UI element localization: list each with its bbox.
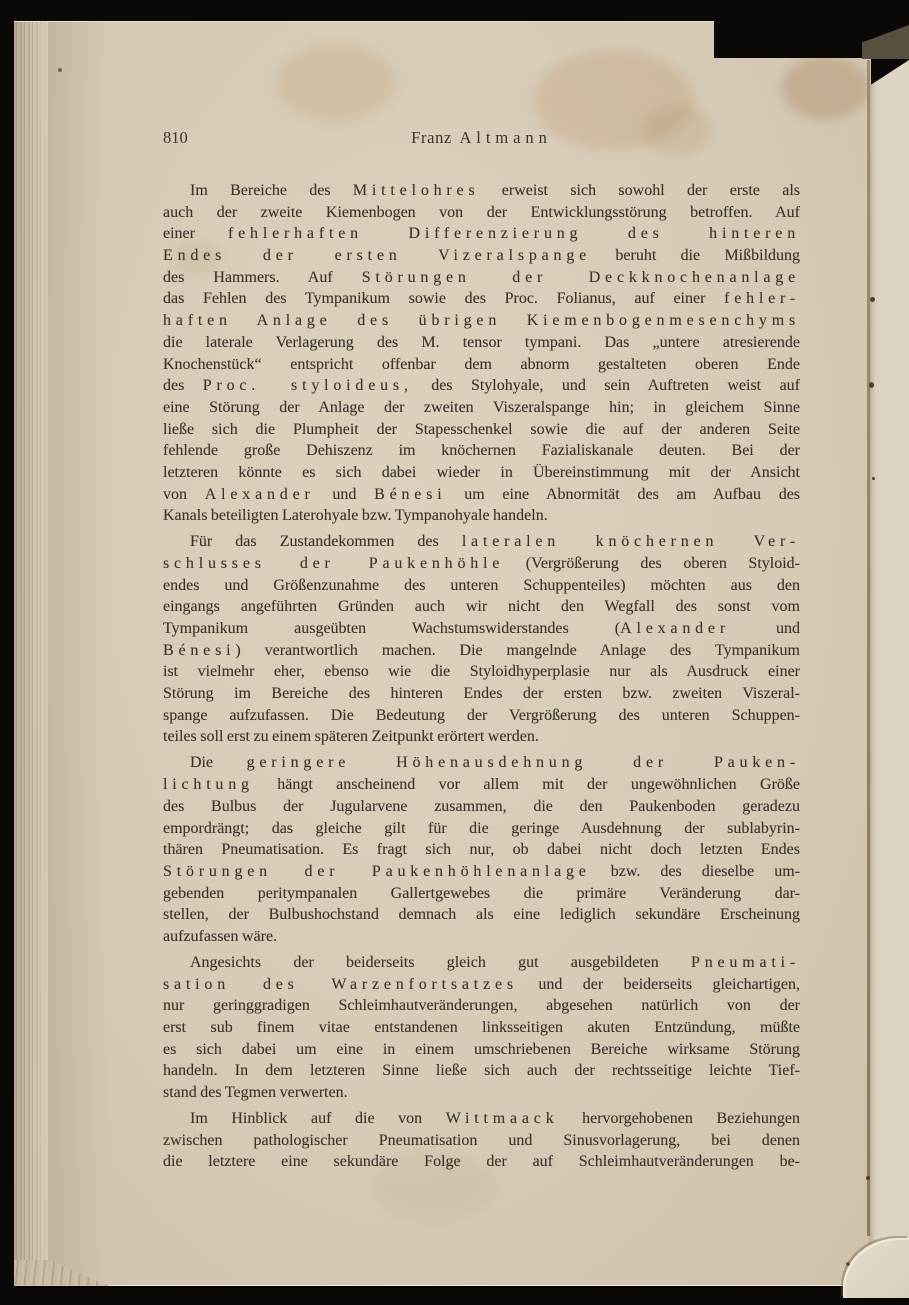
paragraph: Die geringere Höhenausdehnung der Pauken…: [163, 752, 800, 947]
text-line: Bénesi) verantwortlich machen. Die mange…: [163, 640, 800, 662]
text-line: Im Bereiche des Mittelohres erweist sich…: [163, 180, 800, 202]
letterspaced-emphasis: Mittelohres: [353, 182, 480, 199]
dirt-speck: [869, 382, 874, 388]
letterspaced-emphasis: lichtung: [163, 776, 254, 793]
text-block: Im Bereiche des Mittelohres erweist sich…: [163, 180, 800, 1177]
letterspaced-emphasis: Bénesi: [163, 642, 235, 659]
running-head: FranzAltmann: [163, 128, 800, 148]
letterspaced-emphasis: fehlerhaften Differenzierung des hintere…: [228, 225, 800, 242]
text-line: stand des Tegmen verwerten.: [163, 1082, 800, 1104]
text-line: ließe sich die Plumpheit der Stapesschen…: [163, 419, 800, 441]
text-line: die letztere eine sekundäre Folge der au…: [163, 1151, 800, 1173]
letterspaced-emphasis: Pneumati-: [691, 954, 800, 971]
page-crease: [867, 60, 870, 1236]
running-head-last-name: Altmann: [459, 128, 551, 147]
letterspaced-emphasis: Alexander: [205, 486, 315, 503]
text-line: gebenden peritympanalen Gallertgewebes d…: [163, 883, 800, 905]
text-line: des Bulbus der Jugularvene zusammen, die…: [163, 796, 800, 818]
text-line: eine Störung der Anlage der zweiten Visz…: [163, 397, 800, 419]
dirt-speck: [846, 1262, 850, 1266]
text-line: Für das Zustandekommen des lateralen knö…: [163, 531, 800, 553]
text-line: eingangs angeführten Gründen auch wir ni…: [163, 596, 800, 618]
text-line: es sich dabei um eine in einem umschrieb…: [163, 1039, 800, 1061]
text-line: fehlende große Dehiszenz im knöchernen F…: [163, 440, 800, 462]
text-line: Knochenstück“ entspricht offenbar dem ab…: [163, 354, 800, 376]
book-scan: 810 FranzAltmann Im Bereiche des Mittelo…: [0, 0, 909, 1305]
text-line: einer fehlerhaften Differenzierung des h…: [163, 223, 800, 245]
letterspaced-emphasis: sation des Warzenfortsatzes: [163, 976, 518, 993]
letterspaced-emphasis: schlusses der Paukenhöhle: [163, 555, 504, 572]
text-line: Tympanikum ausgeübten Wachstumswiderstan…: [163, 618, 800, 640]
text-line: nur geringgradigen Schleimhautveränderun…: [163, 995, 800, 1017]
text-line: des Proc. styloideus, des Stylohyale, un…: [163, 375, 800, 397]
foxing-stain: [276, 44, 396, 122]
letterspaced-emphasis: Endes der ersten Vizeralspange: [163, 247, 591, 264]
letterspaced-emphasis: Alexander: [620, 620, 730, 637]
gutter-shadow: [48, 22, 108, 1285]
letterspaced-emphasis: haften Anlage des übrigen Kiemenbogenmes…: [163, 312, 800, 329]
text-line: letzteren könnte es sich dabei wieder in…: [163, 462, 800, 484]
dirt-speck: [866, 1176, 870, 1180]
paragraph: Für das Zustandekommen des lateralen knö…: [163, 531, 800, 748]
text-line: Die geringere Höhenausdehnung der Pauken…: [163, 752, 800, 774]
text-line: von Alexander und Bénesi um eine Abnormi…: [163, 484, 800, 506]
text-line: lichtung hängt anscheinend vor allem mit…: [163, 774, 800, 796]
text-line: stellen, der Bulbushochstand demnach als…: [163, 904, 800, 926]
letterspaced-emphasis: fehler-: [724, 290, 800, 307]
letterspaced-emphasis: Proc. styloideus,: [203, 377, 413, 394]
text-line: zwischen pathologischer Pneumatisation u…: [163, 1130, 800, 1152]
paragraph: Angesichts der beiderseits gleich gut au…: [163, 952, 800, 1104]
next-page-edge: [869, 58, 909, 1270]
text-line: die laterale Verlagerung des M. tensor t…: [163, 332, 800, 354]
dirt-speck: [58, 68, 62, 72]
text-line: endes und Größenzunahme des unteren Schu…: [163, 575, 800, 597]
text-line: aufzufassen wäre.: [163, 926, 800, 948]
dirt-speck: [870, 297, 875, 302]
paragraph: Im Bereiche des Mittelohres erweist sich…: [163, 180, 800, 527]
text-line: haften Anlage des übrigen Kiemenbogenmes…: [163, 310, 800, 332]
text-line: auch der zweite Kiemenbogen von der Entw…: [163, 202, 800, 224]
letterspaced-emphasis: Bénesi: [374, 486, 446, 503]
page-binding-edges: [14, 22, 48, 1285]
letterspaced-emphasis: lateralen knöchernen Ver-: [462, 533, 800, 550]
text-line: handeln. In dem letzteren Sinne ließe si…: [163, 1060, 800, 1082]
text-line: Störungen der Paukenhöhlenanlage bzw. de…: [163, 861, 800, 883]
text-line: das Fehlen des Tympanikum sowie des Proc…: [163, 288, 800, 310]
letterspaced-emphasis: geringere Höhenausdehnung der Pauken-: [247, 754, 800, 771]
page-header: 810 FranzAltmann: [163, 128, 800, 148]
text-line: Angesichts der beiderseits gleich gut au…: [163, 952, 800, 974]
paragraph: Im Hinblick auf die von Wittmaack hervor…: [163, 1108, 800, 1173]
letterspaced-emphasis: Störungen der Paukenhöhlenanlage: [163, 863, 591, 880]
text-line: Störung im Bereiche des hinteren Endes d…: [163, 683, 800, 705]
text-line: schlusses der Paukenhöhle (Vergrößerung …: [163, 553, 800, 575]
letterspaced-emphasis: Wittmaack: [446, 1110, 559, 1127]
text-line: des Hammers. Auf Störungen der Deckknoch…: [163, 267, 800, 289]
text-line: sation des Warzenfortsatzes und der beid…: [163, 974, 800, 996]
text-line: thären Pneumatisation. Es fragt sich nur…: [163, 839, 800, 861]
text-line: spange aufzufassen. Die Bedeutung der Ve…: [163, 705, 800, 727]
text-line: teiles soll erst zu einem späteren Zeitp…: [163, 726, 800, 748]
text-line: Kanals beteiligten Laterohyale bzw. Tymp…: [163, 505, 800, 527]
text-line: empordrängt; das gleiche gilt für die ge…: [163, 818, 800, 840]
text-line: Endes der ersten Vizeralspange beruht di…: [163, 245, 800, 267]
text-line: erst sub finem vitae entstandenen linkss…: [163, 1017, 800, 1039]
text-line: Im Hinblick auf die von Wittmaack hervor…: [163, 1108, 800, 1130]
running-head-first-name: Franz: [411, 128, 452, 147]
foxing-stain: [782, 56, 868, 120]
letterspaced-emphasis: Störungen der Deckknochenanlage: [362, 269, 800, 286]
dirt-speck: [872, 477, 875, 480]
text-line: ist vielmehr eher, ebenso wie die Styloi…: [163, 661, 800, 683]
